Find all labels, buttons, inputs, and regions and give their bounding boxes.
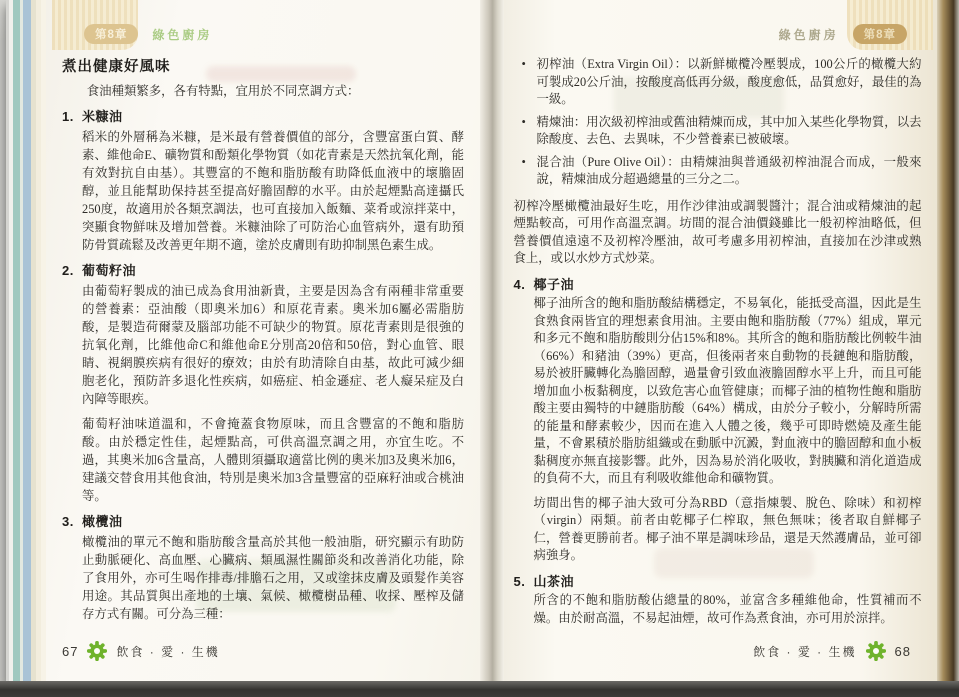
footer-slogan: 飲食 · 愛 · 生機 <box>116 643 219 660</box>
section-coconut-oil: 4.椰子油 椰子油所含的飽和脂肪酸結構穩定，不易氧化，能抵受高溫，因此是生食熟食… <box>514 276 922 565</box>
page-footer: 飲食 · 愛 · 生機 68 <box>753 641 911 661</box>
section-body: 由葡萄籽製成的油已成為食用油新貴，主要是因為含有兩種非常重要的營養素：亞油酸（即… <box>82 282 464 505</box>
section-heading-label: 椰子油 <box>534 277 575 292</box>
left-page-content: 煮出健康好風味 食油種類繁多，各有特點，宜用於不同烹調方式： 1.米糠油 稻米的… <box>62 58 464 623</box>
section-body: 稻米的外層稱為米糠，是米最有營養價值的部分，含豐富蛋白質、酵素、維他命E、礦物質… <box>82 128 464 254</box>
page-edge-stack-right <box>937 0 959 683</box>
section-heading-label: 橄欖油 <box>82 514 123 529</box>
section-paragraph: 椰子油所含的飽和脂肪酸結構穩定，不易氧化，能抵受高溫，因此是生食熟食兩皆宜的理想… <box>534 295 922 488</box>
section-heading: 3.橄欖油 <box>62 513 464 531</box>
olive-oil-grades-list: 初榨油（Extra Virgin Oil）：以新鮮橄欖冷壓製成，100公斤的橄欖… <box>514 56 922 189</box>
section-number: 2. <box>62 262 82 280</box>
list-item: 混合油（Pure Olive Oil）：由精煉油與普通級初榨油混合而成，一般來說… <box>522 154 922 189</box>
section-grapeseed-oil: 2.葡萄籽油 由葡萄籽製成的油已成為食用油新貴，主要是因為含有兩種非常重要的營養… <box>62 262 464 505</box>
chapter-badge: 第8章 <box>84 24 138 44</box>
list-item: 初榨油（Extra Virgin Oil）：以新鮮橄欖冷壓製成，100公斤的橄欖… <box>522 56 922 109</box>
section-body: 所含的不飽和脂肪酸佔總量的80%，並富含多種維他命，性質補而不燥。由於耐高溫，不… <box>534 592 922 627</box>
chapter-title: 綠色廚房 <box>152 26 212 43</box>
section-olive-oil: 3.橄欖油 橄欖油的單元不飽和脂肪酸含量高於其他一般油脂，研究顯示有助防止動脈硬… <box>62 513 464 623</box>
olive-oil-usage-paragraph: 初榨冷壓橄欖油最好生吃，用作沙律油或調製醬汁；混合油或精煉油的起煙點較高，可用作… <box>514 198 922 268</box>
section-heading-label: 山茶油 <box>534 574 575 589</box>
section-number: 5. <box>514 573 534 591</box>
section-paragraph: 坊間出售的椰子油大致可分為RBD（意指煉製、脫色、除味）和初榨（virgin）兩… <box>534 495 922 565</box>
section-number: 4. <box>514 276 534 294</box>
gear-icon <box>87 641 107 661</box>
list-item: 精煉油：用次級初榨油或舊油精煉而成，其中加入某些化學物質，以去除酸度、去色、去異… <box>522 114 922 149</box>
section-body: 橄欖油的單元不飽和脂肪酸含量高於其他一般油脂，研究顯示有助防止動脈硬化、高血壓、… <box>82 533 464 623</box>
section-paragraph: 葡萄籽油味道溫和，不會掩蓋食物原味，而且含豐富的不飽和脂肪酸。由於穩定性佳，起煙… <box>82 415 464 505</box>
section-heading-label: 葡萄籽油 <box>82 263 136 278</box>
book-photo: 第8章 綠色廚房 煮出健康好風味 食油種類繁多，各有特點，宜用於不同烹調方式： … <box>0 0 959 697</box>
page-title: 煮出健康好風味 <box>62 58 464 76</box>
open-book-spread: 第8章 綠色廚房 煮出健康好風味 食油種類繁多，各有特點，宜用於不同烹調方式： … <box>6 0 959 683</box>
section-number: 1. <box>62 108 82 126</box>
intro-text: 食油種類繁多，各有特點，宜用於不同烹調方式： <box>62 82 464 100</box>
section-heading: 5.山茶油 <box>514 573 922 591</box>
section-heading: 2.葡萄籽油 <box>62 262 464 280</box>
left-page: 第8章 綠色廚房 煮出健康好風味 食油種類繁多，各有特點，宜用於不同烹調方式： … <box>46 0 480 683</box>
chapter-title: 綠色廚房 <box>779 26 839 43</box>
footer-slogan: 飲食 · 愛 · 生機 <box>753 643 856 660</box>
table-surface <box>0 681 959 697</box>
section-heading: 1.米糠油 <box>62 108 464 126</box>
book-gutter <box>480 0 504 683</box>
section-paragraph: 所含的不飽和脂肪酸佔總量的80%，並富含多種維他命，性質補而不燥。由於耐高溫，不… <box>534 592 922 627</box>
section-body: 椰子油所含的飽和脂肪酸結構穩定，不易氧化，能抵受高溫，因此是生食熟食兩皆宜的理想… <box>534 295 922 565</box>
section-paragraph: 橄欖油的單元不飽和脂肪酸含量高於其他一般油脂，研究顯示有助防止動脈硬化、高血壓、… <box>82 533 464 623</box>
right-page: 綠色廚房 第8章 初榨油（Extra Virgin Oil）：以新鮮橄欖冷壓製成… <box>504 0 938 683</box>
section-rice-bran-oil: 1.米糠油 稻米的外層稱為米糠，是米最有營養價值的部分，含豐富蛋白質、酵素、維他… <box>62 108 464 254</box>
section-paragraph: 由葡萄籽製成的油已成為食用油新貴，主要是因為含有兩種非常重要的營養素：亞油酸（即… <box>82 282 464 408</box>
section-heading-label: 米糠油 <box>82 109 123 124</box>
section-number: 3. <box>62 513 82 531</box>
right-page-content: 初榨油（Extra Virgin Oil）：以新鮮橄欖冷壓製成，100公斤的橄欖… <box>514 56 922 627</box>
page-footer: 67 飲食 · 愛 · 生機 <box>62 641 220 661</box>
page-edge-stack-left <box>6 0 46 683</box>
page-number: 67 <box>62 644 78 659</box>
page-header: 綠色廚房 第8章 <box>779 24 907 44</box>
section-heading: 4.椰子油 <box>514 276 922 294</box>
section-paragraph: 稻米的外層稱為米糠，是米最有營養價值的部分，含豐富蛋白質、酵素、維他命E、礦物質… <box>82 128 464 254</box>
gear-icon <box>866 641 886 661</box>
chapter-badge: 第8章 <box>853 24 907 44</box>
page-number: 68 <box>895 644 911 659</box>
section-camellia-oil: 5.山茶油 所含的不飽和脂肪酸佔總量的80%，並富含多種維他命，性質補而不燥。由… <box>514 573 922 628</box>
page-header: 第8章 綠色廚房 <box>84 24 212 44</box>
